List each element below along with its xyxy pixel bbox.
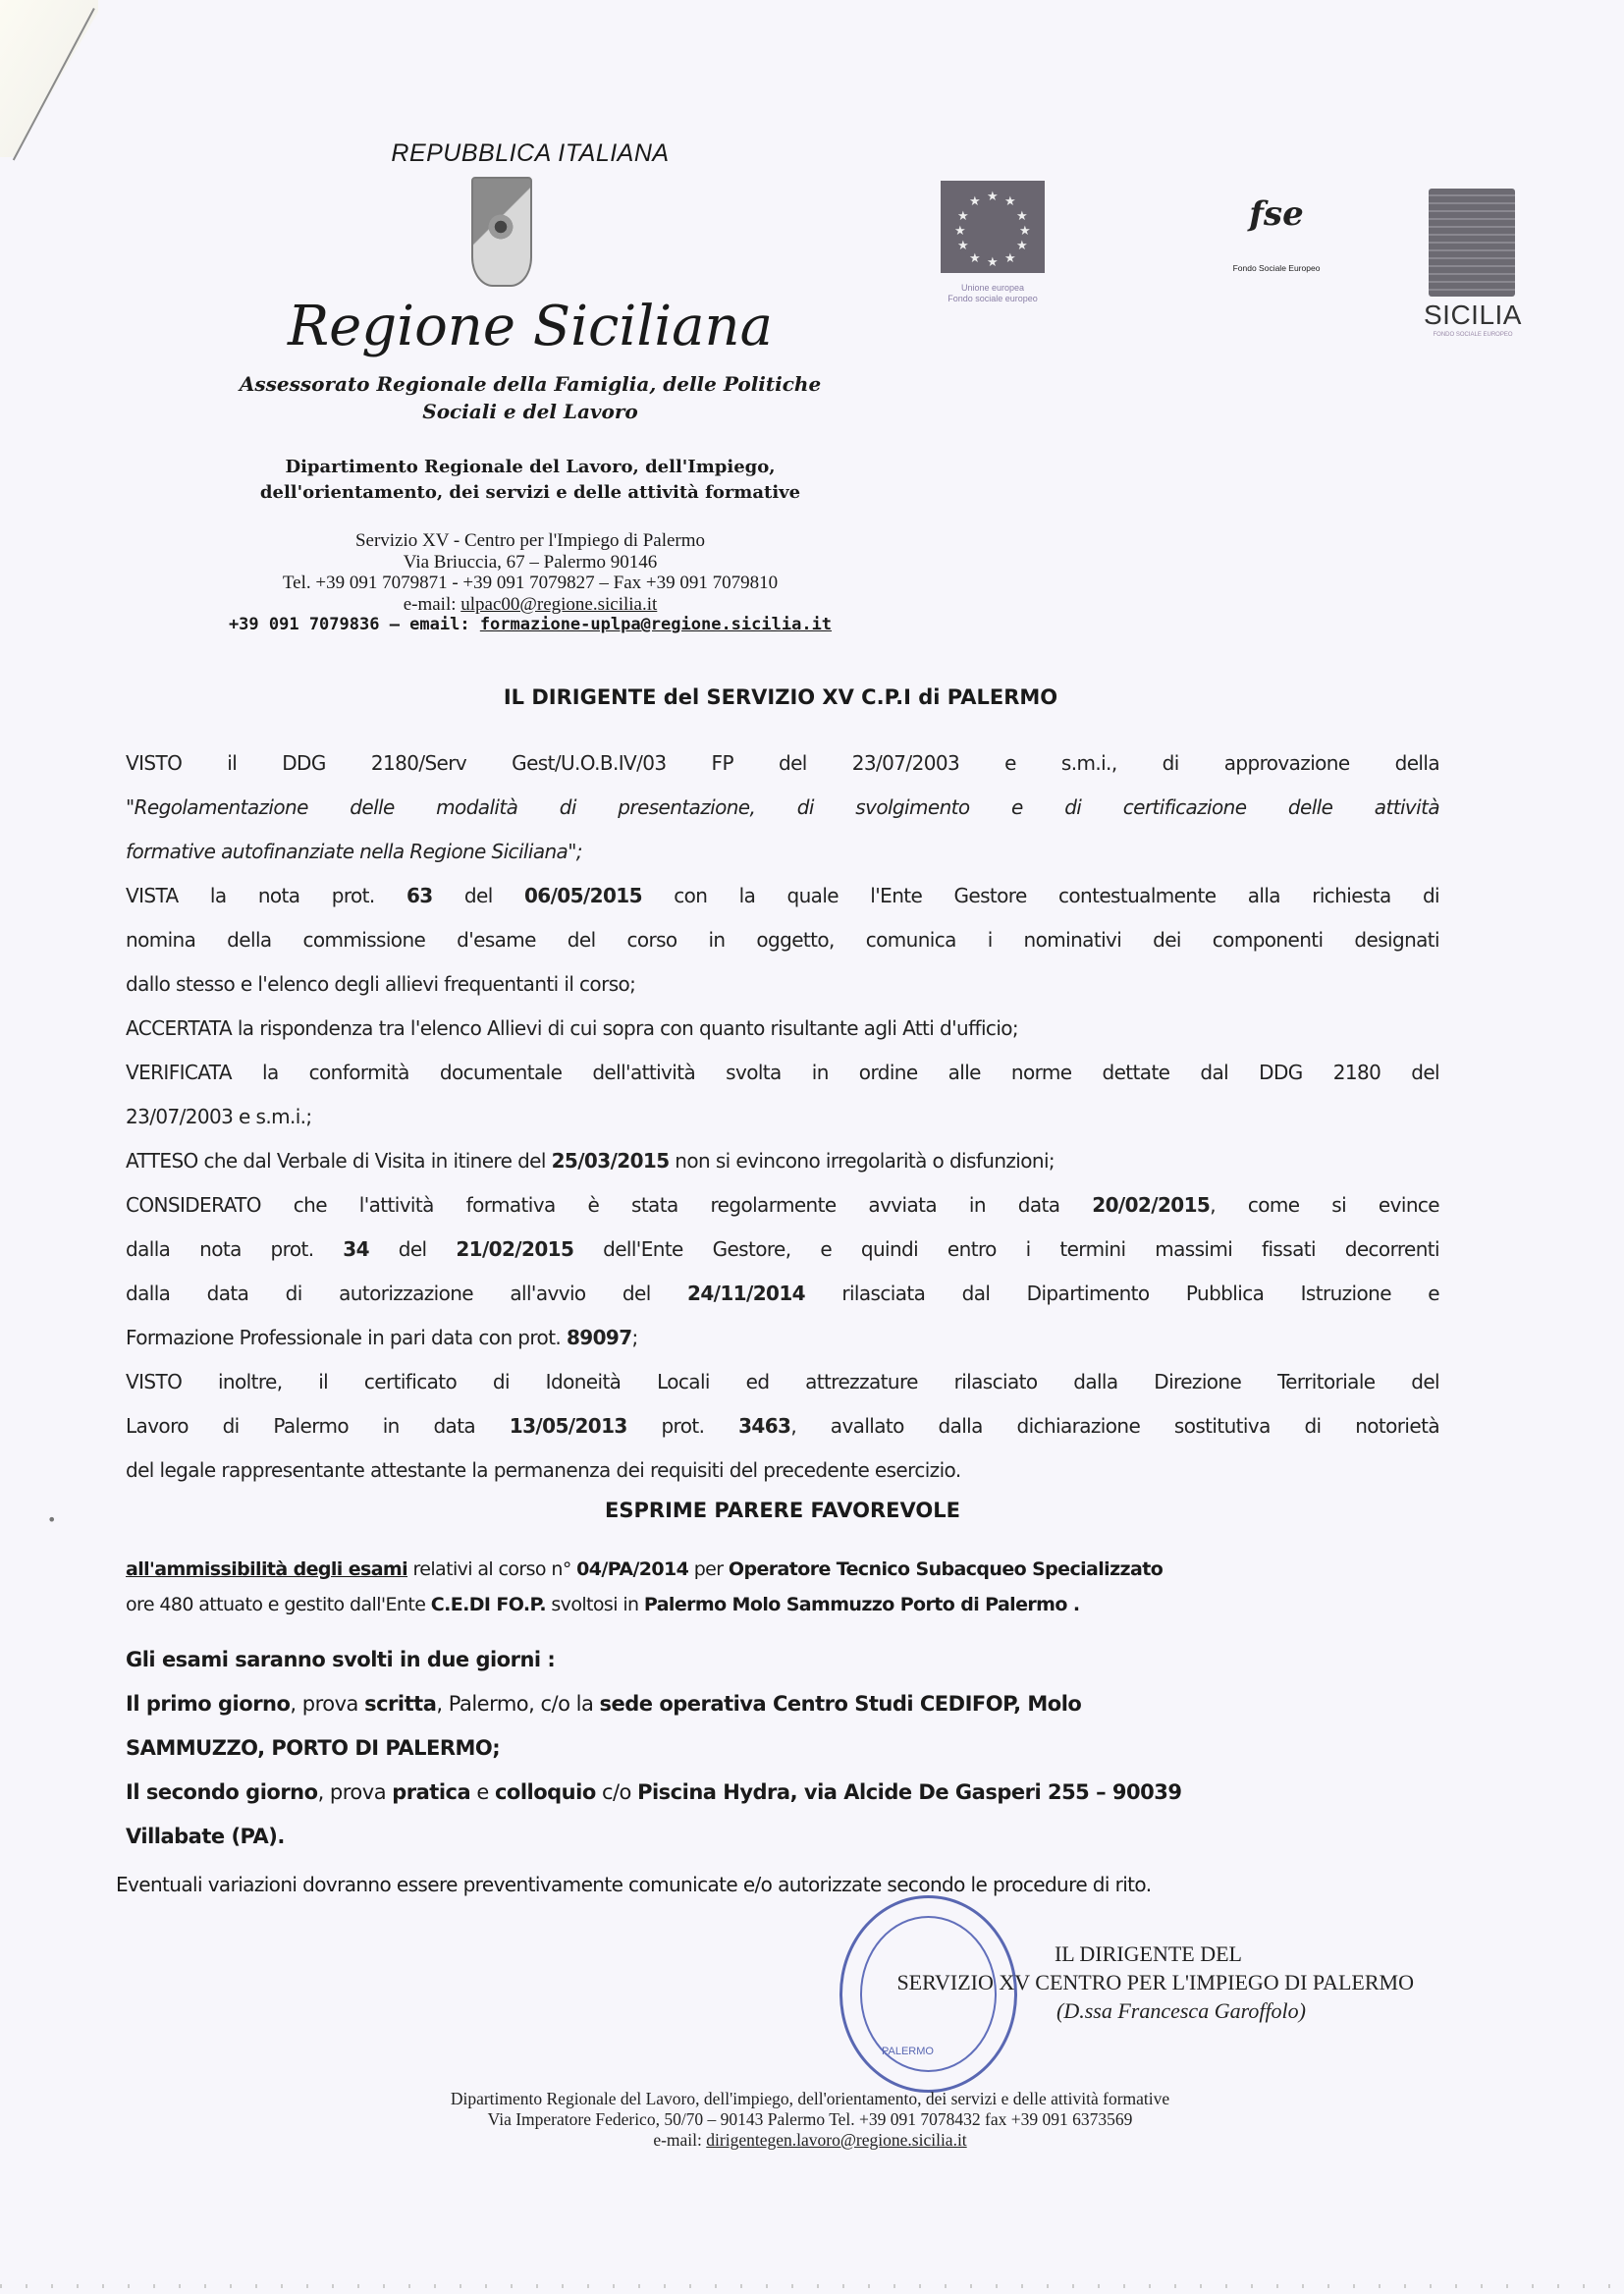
- dipartimento-heading: Dipartimento Regionale del Lavoro, dell'…: [128, 455, 933, 506]
- exam-day-2: Il secondo giorno, prova pratica e collo…: [126, 1771, 1439, 1815]
- visto-paragraph-line: formative autofinanziate nella Regione S…: [126, 830, 1439, 874]
- footer-email-link[interactable]: dirigentegen.lavoro@regione.sicilia.it: [706, 2130, 966, 2150]
- signature-block: IL DIRIGENTE DEL SERVIZIO XV CENTRO PER …: [707, 1939, 1414, 2025]
- document-body: VISTO il DDG 2180/Serv Gest/U.O.B.IV/03 …: [126, 741, 1439, 1493]
- signatory-name: (D.ssa Francesca Garoffolo): [707, 1996, 1414, 2025]
- admission-phrase: all'ammissibilità degli esami: [126, 1558, 407, 1580]
- assessorato-heading: Assessorato Regionale della Famiglia, de…: [128, 370, 933, 425]
- atteso-paragraph: ATTESO che dal Verbale di Visita in itin…: [126, 1139, 1439, 1183]
- scan-mark: •: [47, 1510, 56, 1529]
- course-number: 04/PA/2014: [576, 1558, 688, 1580]
- exam-days-block: Gli esami saranno svolti in due giorni :…: [126, 1638, 1439, 1859]
- exam-admission-block: all'ammissibilità degli esami relativi a…: [126, 1552, 1439, 1622]
- visto2-paragraph-line: VISTO inoltre, il certificato di Idoneit…: [126, 1360, 1439, 1404]
- visto2-paragraph-line: del legale rappresentante attestante la …: [126, 1448, 1439, 1493]
- considerato-paragraph-line: dalla data di autorizzazione all'avvio d…: [126, 1272, 1439, 1316]
- fse-logo-icon: fse: [1218, 194, 1335, 234]
- office-name: Servizio XV - Centro per l'Impiego di Pa…: [128, 530, 933, 552]
- considerato-paragraph-line: dalla nota prot. 34 del 21/02/2015 dell'…: [126, 1228, 1439, 1272]
- office-contact-block: Servizio XV - Centro per l'Impiego di Pa…: [128, 530, 933, 636]
- course-profile: Operatore Tecnico Subacqueo Specializzat…: [729, 1558, 1163, 1580]
- exam-days-intro: Gli esami saranno svolti in due giorni :: [126, 1638, 1439, 1682]
- visto-paragraph-line: "Regolamentazione delle modalità di pres…: [126, 786, 1439, 830]
- considerato-paragraph-line: Formazione Professionale in pari data co…: [126, 1316, 1439, 1360]
- vista-paragraph-line: dallo stesso e l'elenco degli allievi fr…: [126, 962, 1439, 1007]
- page-corner-fold: [0, 0, 98, 157]
- verificata-paragraph-line: VERIFICATA la conformità documentale del…: [126, 1051, 1439, 1095]
- exam-day-2-location: Villabate (PA).: [126, 1815, 1439, 1859]
- scan-edge-dots: [0, 2284, 1624, 2288]
- vista-paragraph-line: VISTA la nota prot. 63 del 06/05/2015 co…: [126, 874, 1439, 918]
- sicily-coat-of-arms-icon: [471, 177, 532, 287]
- eu-flag-icon: ★ ★ ★ ★ ★ ★ ★ ★ ★ ★ ★ ★: [941, 181, 1045, 273]
- footer-address: Via Imperatore Federico, 50/70 – 90143 P…: [196, 2109, 1424, 2130]
- variations-note: Eventuali variazioni dovranno essere pre…: [116, 1873, 1432, 1896]
- office-email-link[interactable]: ulpac00@regione.sicilia.it: [460, 594, 657, 615]
- fse-caption: Fondo Sociale Europeo: [1208, 263, 1345, 273]
- document-title: IL DIRIGENTE del SERVIZIO XV C.P.I di PA…: [128, 685, 1434, 709]
- training-entity: C.E.DI FO.P.: [431, 1594, 546, 1615]
- visto2-paragraph-line: Lavoro di Palermo in data 13/05/2013 pro…: [126, 1404, 1439, 1448]
- accertata-paragraph: ACCERTATA la rispondenza tra l'elenco Al…: [126, 1007, 1439, 1051]
- office-address: Via Briuccia, 67 – Palermo 90146: [128, 552, 933, 573]
- signature-office: SERVIZIO XV CENTRO PER L'IMPIEGO DI PALE…: [707, 1968, 1414, 1996]
- region-name: Regione Siciliana: [226, 295, 835, 358]
- sicilia-logo-subtext: FONDO SOCIALE EUROPEO: [1424, 332, 1522, 338]
- parere-heading: ESPRIME PARERE FAVOREVOLE: [126, 1499, 1439, 1522]
- verificata-paragraph-line: 23/07/2003 e s.m.i.;: [126, 1095, 1439, 1139]
- page-footer: Dipartimento Regionale del Lavoro, dell'…: [196, 2089, 1424, 2151]
- sicilia-logo-text: SICILIA: [1424, 300, 1522, 331]
- signature-title: IL DIRIGENTE DEL: [707, 1939, 1414, 1968]
- eu-caption: Unione europea Fondo sociale europeo: [923, 283, 1062, 304]
- training-email-link[interactable]: formazione-uplpa@regione.sicilia.it: [480, 615, 832, 634]
- office-phones: Tel. +39 091 7079871 - +39 091 7079827 –…: [128, 573, 933, 594]
- footer-department: Dipartimento Regionale del Lavoro, dell'…: [196, 2089, 1424, 2109]
- visto-paragraph-line: VISTO il DDG 2180/Serv Gest/U.O.B.IV/03 …: [126, 741, 1439, 786]
- sicilia-logo-icon: [1429, 189, 1515, 297]
- considerato-paragraph-line: CONSIDERATO che l'attività formativa è s…: [126, 1183, 1439, 1228]
- vista-paragraph-line: nomina della commissione d'esame del cor…: [126, 918, 1439, 962]
- republic-heading: REPUBBLICA ITALIANA: [226, 139, 835, 168]
- course-location: Palermo Molo Sammuzzo Porto di Palermo .: [644, 1594, 1080, 1615]
- exam-day-1-location: SAMMUZZO, PORTO DI PALERMO;: [126, 1726, 1439, 1771]
- exam-day-1: Il primo giorno, prova scritta, Palermo,…: [126, 1682, 1439, 1726]
